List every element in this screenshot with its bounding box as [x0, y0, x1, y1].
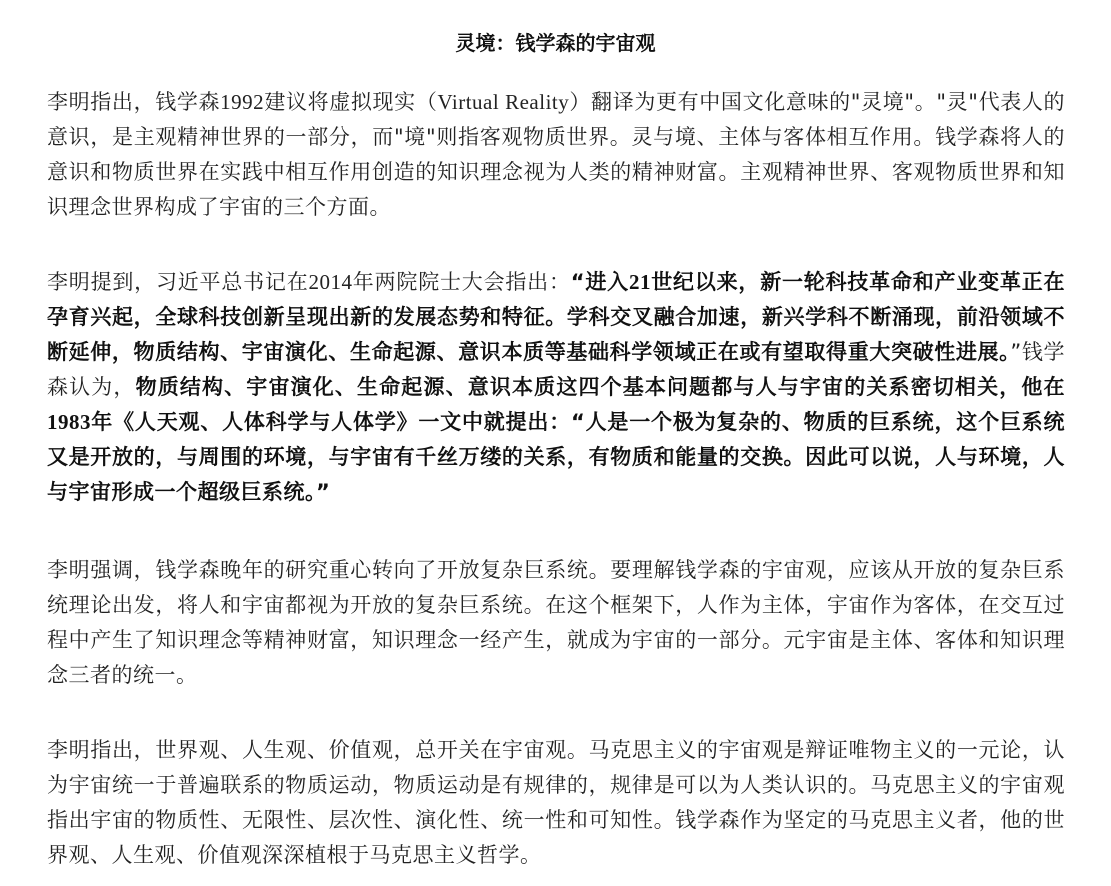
paragraph-3: 李明强调，钱学森晚年的研究重心转向了开放复杂巨系统。要理解钱学森的宇宙观，应该从…: [47, 553, 1065, 693]
text-segment: 建议将虚拟现实（: [264, 90, 437, 114]
text-segment: 李明指出，钱学森: [47, 90, 220, 114]
emphasis-bold: 物质结构、宇宙演化、生命起源、意识本质这四个基本问题都与人与宇宙的关系密切相关，…: [136, 375, 1065, 399]
text-segment: 李明强调，钱学森晚年的研究重心转向了开放复杂巨系统。要理解钱学森的宇宙观，应该从…: [47, 558, 1065, 687]
paragraph-2: 李明提到，习近平总书记在2014年两院院士大会指出：“进入21世纪以来，新一轮科…: [47, 265, 1065, 510]
text-segment: 年两院院士大会指出：: [353, 270, 571, 294]
year-text: 2014: [309, 270, 353, 294]
year-text: 1992: [220, 90, 264, 114]
article-title: 灵境：钱学森的宇宙观: [0, 27, 1111, 59]
paragraph-4: 李明指出，世界观、人生观、价值观，总开关在宇宙观。马克思主义的宇宙观是辩证唯物主…: [47, 733, 1065, 873]
english-term: Virtual Reality: [437, 90, 569, 114]
paragraph-1: 李明指出，钱学森1992建议将虚拟现实（Virtual Reality）翻译为更…: [47, 85, 1065, 225]
century-number: 21: [629, 270, 651, 294]
text-segment: 李明指出，世界观、人生观、价值观，总开关在宇宙观。马克思主义的宇宙观是辩证唯物主…: [47, 738, 1065, 867]
emphasis-bold: 年《人天观、人体科学与人体学》一文中就提出：“人是一个极为复杂的、物质的巨系统，…: [47, 410, 1065, 504]
quote-bold: “进入: [571, 270, 629, 294]
year-text: 1983: [47, 410, 91, 434]
text-segment: 李明提到，习近平总书记在: [47, 270, 309, 294]
